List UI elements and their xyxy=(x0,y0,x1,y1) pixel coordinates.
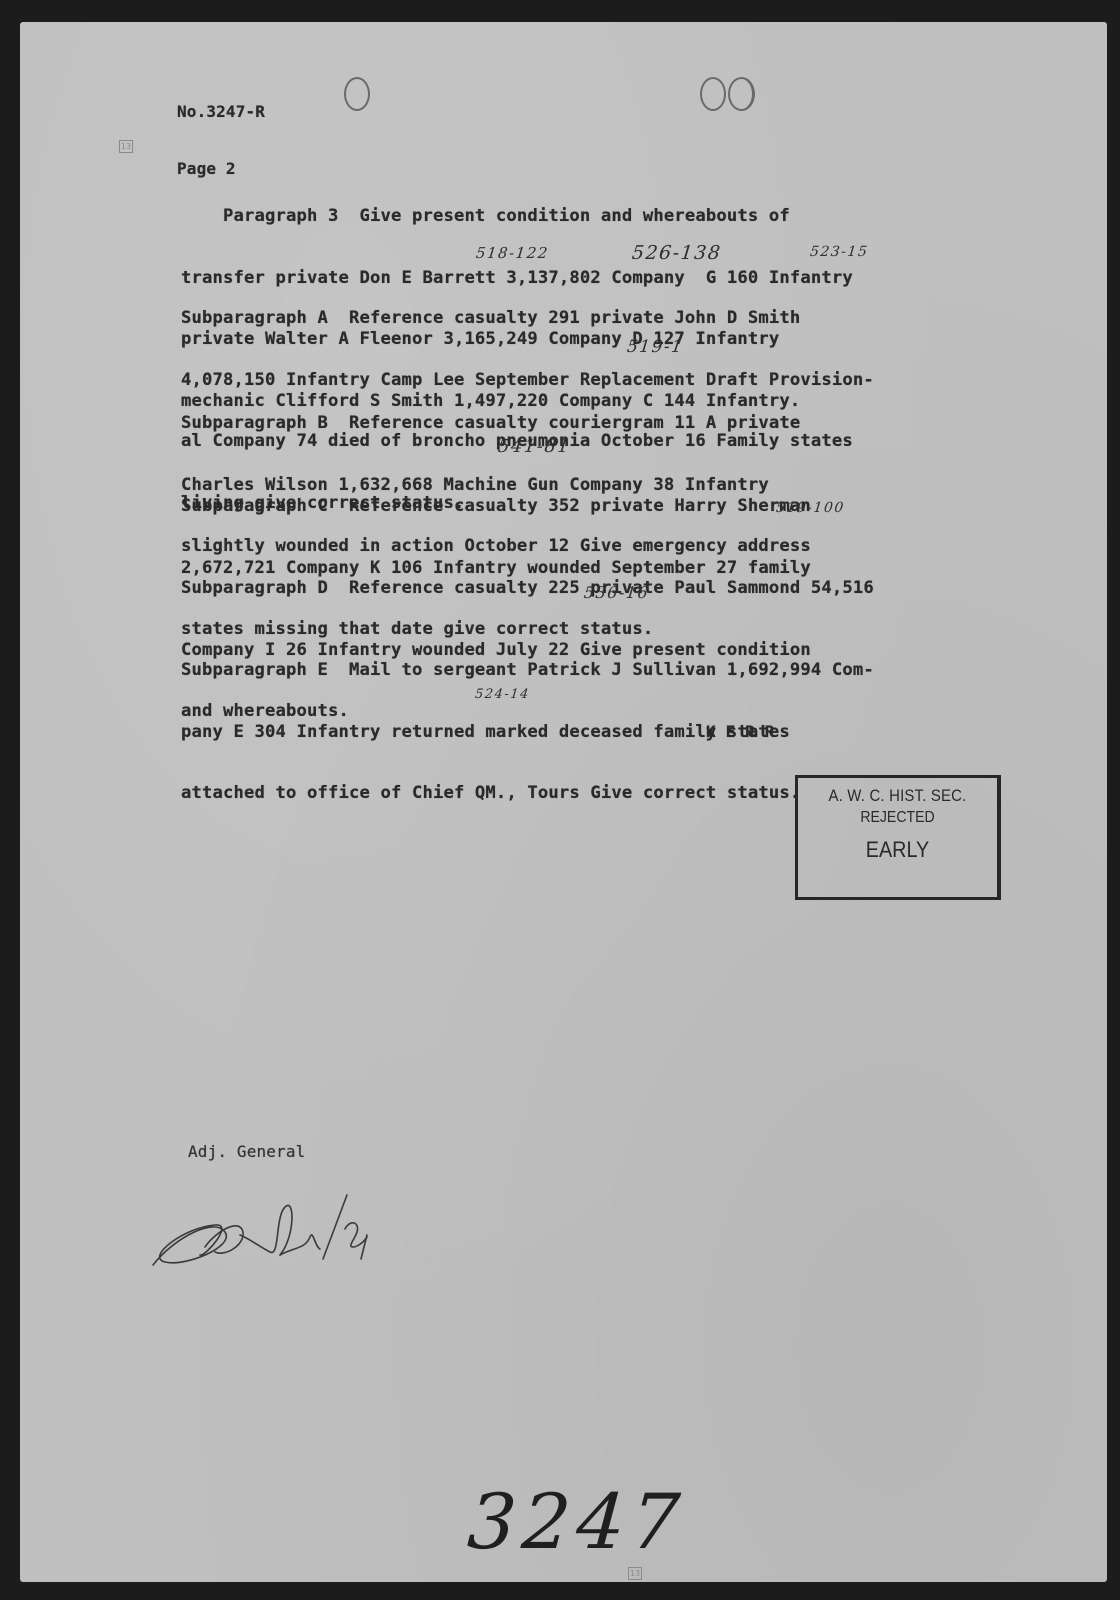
rejected-stamp: A. W. C. HIST. SEC. REJECTED EARLY xyxy=(795,775,1001,900)
handwritten-annotation: 518-122 xyxy=(475,244,550,262)
handwritten-annotation: 524-14 xyxy=(474,687,530,702)
handwritten-annotation: 541-81 xyxy=(497,436,572,457)
file-number-stamp-mark: 13 xyxy=(628,1567,642,1580)
text-line: Paragraph 3 Give present condition and w… xyxy=(181,206,853,227)
handwritten-annotation: 519-1 xyxy=(626,337,685,357)
punch-hole-left xyxy=(344,77,370,111)
text-line: Subparagraph D Reference casualty 225 pr… xyxy=(181,578,874,599)
corner-stamp-mark: 13 xyxy=(119,140,133,153)
addressee: Adj. General xyxy=(188,1142,305,1163)
punch-hole-right-1 xyxy=(700,77,726,111)
text-line: Subparagraph B Reference casualty courie… xyxy=(181,413,811,434)
stamp-line-status: REJECTED xyxy=(810,809,985,827)
text-line: Subparagraph E Mail to sergeant Patrick … xyxy=(181,660,874,681)
sender-name: K E R R xyxy=(706,722,774,743)
signature-scribble-icon xyxy=(145,1177,385,1277)
text-line: Subparagraph A Reference casualty 291 pr… xyxy=(181,308,874,329)
handwritten-annotation: 526-138 xyxy=(631,242,723,264)
punch-hole-right-2 xyxy=(728,77,755,111)
file-number: 3247 xyxy=(465,1477,689,1566)
text-line: Subparagraph C Reference casualty 352 pr… xyxy=(181,496,811,517)
handwritten-annotation: 523-15 xyxy=(809,244,869,260)
handwritten-annotation: 536-16 xyxy=(583,583,650,602)
document-page: 13 No.3247-R Page 2 Paragraph 3 Give pre… xyxy=(20,22,1107,1582)
handwritten-signature xyxy=(145,1177,385,1282)
stamp-line-office: A. W. C. HIST. SEC. xyxy=(810,786,985,806)
stamp-line-reason: EARLY xyxy=(808,837,987,863)
document-number: No.3247-R xyxy=(177,102,265,121)
handwritten-annotation: 519-100 xyxy=(775,500,845,516)
text-line: attached to office of Chief QM., Tours G… xyxy=(181,783,874,804)
